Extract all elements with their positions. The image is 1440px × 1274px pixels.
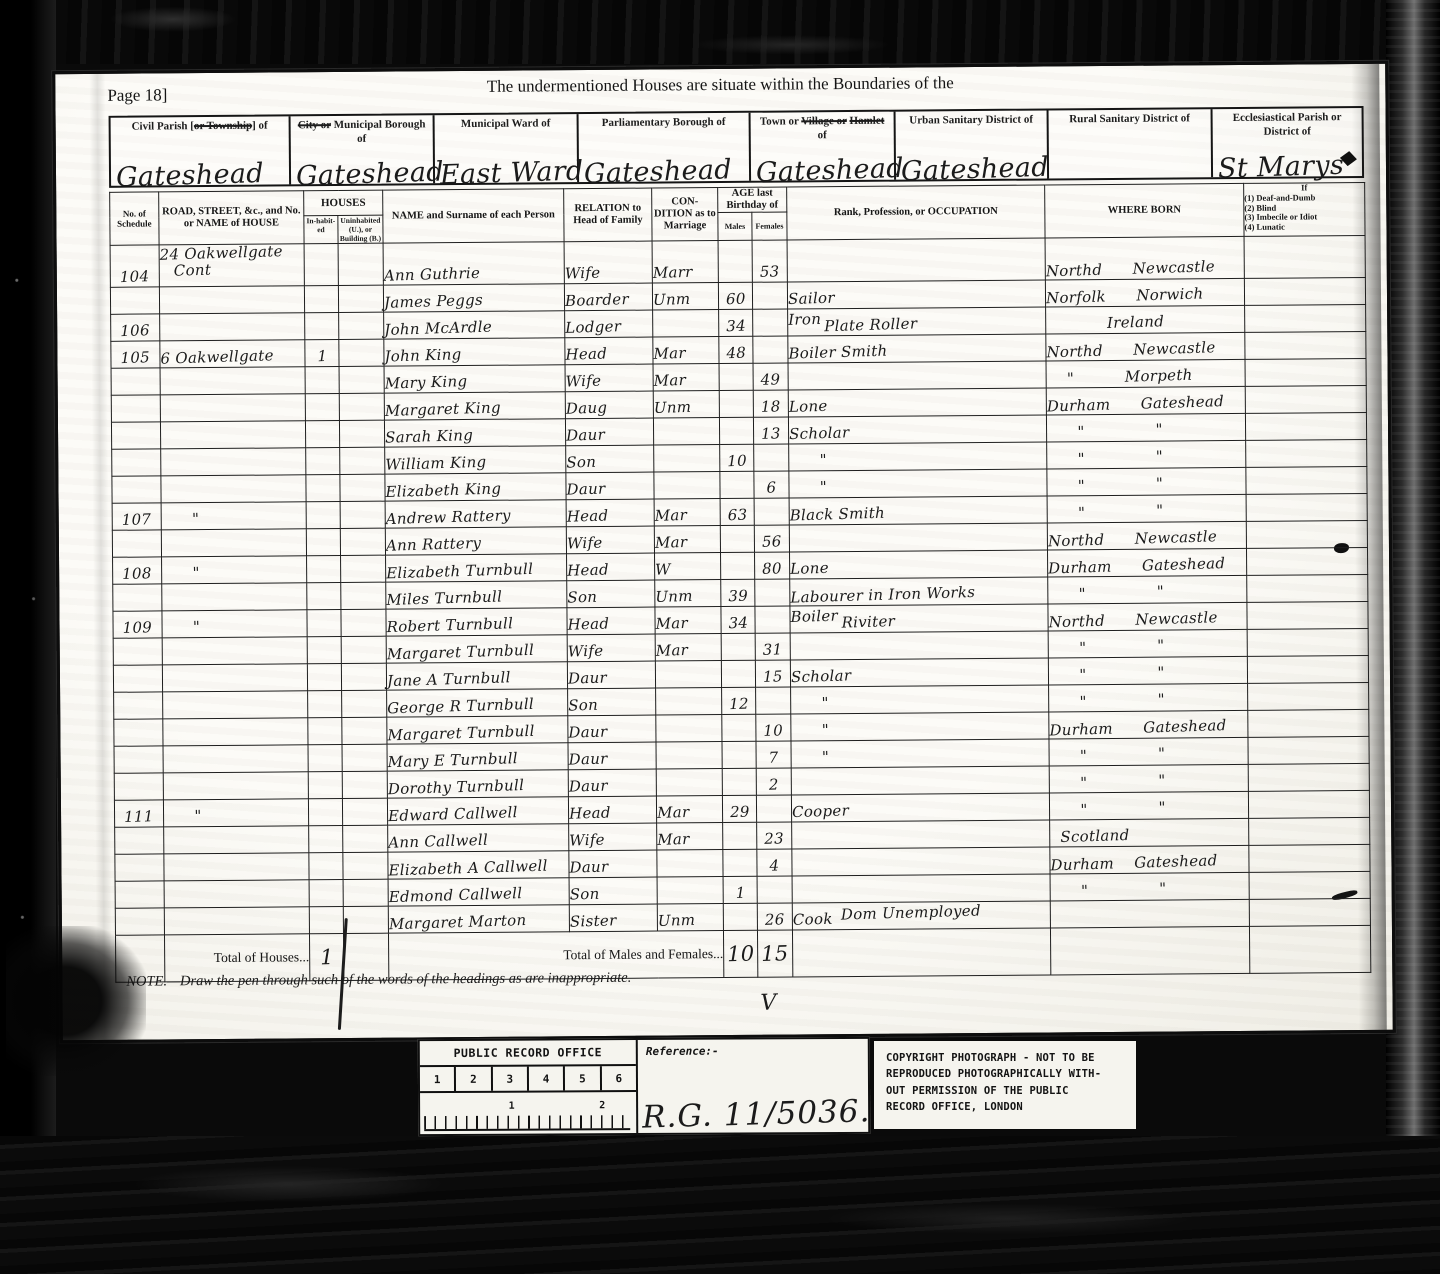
district-label-text: Urban Sanitary District of [909,114,1033,127]
cell-condition: Unm [652,283,718,311]
census-sheet: Page 18] The undermentioned Houses are s… [52,61,1396,1043]
handwritten-name: Elizabeth King [385,482,501,501]
cell-condition [656,742,722,770]
cell-condition [653,310,719,338]
handwritten-road: 6 Oakwellgate [160,349,274,367]
handwritten-name: Elizabeth A Callwell [388,859,548,879]
handwritten-relation: Lodger [565,320,621,337]
cell-f: 10 [756,714,791,741]
cell-road [164,907,309,935]
district-parliamentary-borough: Parliamentary Borough of Gateshead [579,113,752,182]
district-label: Ecclesiastical Parish or District of [1213,108,1362,140]
district-municipal-borough: City or Municipal Borough of Gateshead [291,115,436,184]
cell-road [164,826,309,854]
handwritten-f: 6 [766,481,776,496]
handwritten-occupation: " [791,696,829,712]
cell-born: Northd Newcastle [1045,237,1244,281]
ruler-inch-cell: 3 [493,1067,529,1091]
handwritten-f: 26 [765,913,785,929]
reference-stamp: Reference:- R.G. 11/5036. [638,1039,868,1133]
cell-born: " " [1047,495,1246,524]
cell-road [163,718,308,746]
cell-name: Sarah King [384,419,565,447]
handwritten-m: 34 [728,616,748,632]
copyright-line: REPRODUCED PHOTOGRAPHICALLY WITH- [886,1066,1130,1082]
cell-f [752,282,787,309]
cell-name: Dorothy Turnbull [387,770,568,798]
handwritten-name: John McArdle [384,320,492,338]
cell-f [754,498,789,525]
handwritten-f: 18 [761,400,781,416]
cell-uninh [339,394,384,421]
handwritten-schedule: 109 [123,621,153,637]
cell-relation: Daur [568,715,656,743]
cell-occupation: CookDom Unemployed [792,901,1050,930]
handwritten-relation: Daur [569,860,608,876]
cell-m [720,472,754,499]
scanned-census-page: { "page": { "page_label": "Page 18]", "h… [0,0,1440,1274]
cell-f: 6 [754,471,789,498]
cell-f: 13 [753,417,788,444]
district-label-text: Parliamentary Borough of [602,116,726,129]
cell-f: 4 [757,849,792,876]
district-civil-parish: Civil Parish [or Township] of Gateshead [111,116,292,185]
cell-road: 24 OakwellgateCont [159,244,304,287]
handwritten-condition: W [655,563,671,578]
cell-inh [307,556,341,583]
cell-relation: Lodger [565,311,653,339]
cell-born: " " [1048,576,1247,605]
handwritten-m: 10 [727,454,747,470]
cell-schedule [114,746,163,773]
handwritten-m: 48 [726,346,746,362]
handwritten-occupation: Cooper [792,804,849,821]
handwritten-condition: Mar [655,508,688,524]
column-header-schedule: No. of Schedule [110,192,159,246]
handwritten-name: George R Turnbull [387,697,534,716]
cell-occupation [788,361,1046,390]
column-header-houses: HOUSES [304,190,383,216]
handwritten-name: Margaret Marton [389,913,527,932]
cell-schedule [115,908,164,935]
cell-relation: Wife [566,526,654,554]
cell-name: Andrew Rattery [385,500,566,528]
cell-inf [1248,710,1369,738]
handwritten-f: 2 [769,778,779,793]
cell-condition: Unm [653,391,719,419]
handwritten-relation: Wife [567,536,603,552]
cell-inh [304,244,338,287]
cell-f [755,579,790,606]
cell-uninh [339,340,384,367]
ruler-cm-number: 1 [509,1101,515,1112]
cell-inh [308,799,342,826]
column-header-name: NAME and Surname of each Person [383,189,564,244]
handwritten-relation: Son [568,698,598,714]
cell-road [163,745,308,773]
cell-f [755,606,790,633]
handwritten-relation: Daur [566,482,605,498]
district-value-handwritten: Gateshead [116,158,265,193]
handwritten-occupation: Lone [789,399,828,415]
cell-occupation: Scholar [788,415,1046,444]
handwritten-name: Margaret King [385,401,501,420]
handwritten-f: 53 [760,265,780,281]
handwritten-condition: Unm [654,400,692,416]
cell-relation: Head [565,338,653,366]
column-header-infirmity: If (1) Deaf-and-Dumb (2) Blind (3) Imbec… [1244,182,1365,236]
district-value-handwritten: East Ward [440,155,584,190]
handwritten-f: 7 [768,751,778,766]
handwritten-relation: Head [569,806,611,822]
cell-blank [1050,927,1249,976]
handwritten-relation: Son [566,455,596,471]
cell-inf [1247,575,1368,603]
handwritten-f: 56 [762,535,782,551]
cell-f: 2 [756,768,791,795]
handwritten-relation: Daur [568,671,607,687]
cell-road [161,529,306,557]
handwritten-road: " [162,620,200,636]
cell-born: Ireland [1046,306,1245,335]
cell-f [756,795,791,822]
cell-m [723,850,757,877]
handwritten-born: Scotland [1050,828,1130,845]
handwritten-condition: Unm [653,292,691,308]
cell-uninh [342,772,387,799]
cell-born: " " [1048,630,1247,659]
district-label: Civil Parish [or Township] of [111,116,289,134]
cell-inf [1248,737,1369,765]
cell-road [162,637,307,665]
handwritten-f: 31 [763,643,783,659]
cell-born: " " [1049,765,1248,794]
cell-condition [657,877,723,905]
cell-relation: Son [568,688,656,716]
cell-condition: Mar [655,634,721,662]
cell-f: 7 [756,741,791,768]
cell-inf [1246,467,1367,495]
cell-born: " " [1050,873,1249,902]
cell-condition [653,418,719,446]
cell-name: Edward Callwell [387,797,568,825]
handwritten-born: Durham Gateshead [1048,557,1226,577]
cell-relation: Daur [568,769,656,797]
cell-inf [1248,683,1369,711]
district-value-handwritten: Gateshead [296,157,445,192]
cell-relation: Daur [565,419,653,447]
cell-condition: Mar [657,823,723,851]
cell-schedule [111,422,160,449]
cell-uninh [341,583,386,610]
cell-schedule [113,638,162,665]
handwritten-born: " " [1050,774,1166,793]
cell-m: 12 [722,688,756,715]
district-label-text: Town or [760,115,801,127]
handwritten-road: 24 Oakwellgate [159,244,283,263]
cell-uninh [340,448,385,475]
cell-name: Margaret Marton [388,905,569,933]
cell-uninh [340,529,385,556]
handwritten-relation: Son [567,590,597,606]
handwritten-born: " " [1049,666,1165,685]
cell-condition: Mar [656,796,722,824]
handwritten-name: John King [384,348,462,365]
cell-schedule: 111 [114,800,163,827]
handwritten-occupation: Lone [790,561,829,577]
cell-road: 6 Oakwellgate [160,340,305,368]
column-header-females: Females [752,212,787,240]
column-header-where-born: WHERE BORN [1045,183,1244,238]
ruler-cm-row: 1 2 [424,1102,630,1131]
handwritten-occupation: " [791,723,829,739]
district-rural-sanitary: Rural Sanitary District of [1049,109,1214,178]
cell-f [757,876,792,903]
cell-m: 63 [720,499,754,526]
cell-f: 80 [755,552,790,579]
cell-schedule [115,854,164,881]
cell-inh [304,286,338,313]
cell-f [753,336,788,363]
cell-inf [1245,359,1366,387]
cell-uninh [342,745,387,772]
census-table: No. of Schedule ROAD, STREET, &c., and N… [109,182,1371,983]
handwritten-schedule: 104 [120,270,150,286]
ruler-cm-number: 2 [599,1100,605,1111]
cell-relation: Daur [568,742,656,770]
cell-born: Northd Newcastle [1048,603,1247,632]
cell-inf [1247,629,1368,657]
cell-inh [305,313,339,340]
copyright-line: COPYRIGHT PHOTOGRAPH - NOT TO BE [886,1050,1130,1066]
handwritten-relation: Head [567,563,609,579]
handwritten-occupation: " [789,453,827,469]
cell-condition: Unm [655,580,721,608]
cell-road [160,421,305,449]
handwritten-condition: Mar [657,805,690,821]
handwritten-born: Ireland [1046,315,1164,334]
district-label: Town or Village or Hamlet of [751,112,894,144]
cell-occupation [792,847,1050,876]
cell-born: Durham Gateshead [1050,846,1249,875]
cell-born: Northd Newcastle [1047,522,1246,551]
cell-m: 29 [722,796,756,823]
cell-schedule [114,773,163,800]
cell-road: " [162,556,307,584]
handwritten-m: 29 [729,805,749,821]
cell-road [161,475,306,503]
scan-noise-top [0,0,1440,64]
cell-road [160,313,305,341]
handwritten-name: Andrew Rattery [386,509,512,528]
district-value-handwritten: St Marys [1218,150,1345,185]
handwritten-name: William King [385,455,487,473]
cell-schedule [112,530,161,557]
handwritten-name: Ann Rattery [386,536,482,554]
handwritten-condition: Mar [657,832,690,848]
cell-m: 1 [723,877,757,904]
cell-condition [655,661,721,689]
handwritten-m: 60 [725,292,745,308]
handwritten-born: " " [1049,693,1165,712]
handwritten-m: 34 [726,319,746,335]
census-table-body: 10424 OakwellgateContAnn GuthrieWifeMarr… [110,236,1370,936]
cell-name: James Peggs [383,284,564,312]
handwritten-occupation: " [789,480,827,496]
cell-condition: Mar [653,364,719,392]
cell-road: " [162,610,307,638]
cell-f: 53 [752,240,787,283]
district-ecclesiastical: Ecclesiastical Parish or District of St … [1213,108,1363,177]
cell-inf [1244,278,1365,306]
handwritten-schedule: 105 [120,351,150,367]
cell-name: William King [385,446,566,474]
cell-condition: Unm [657,904,723,932]
district-label-struck-text: Village or [801,115,847,127]
cell-born: " " [1049,684,1248,713]
cell-occupation [789,523,1047,552]
cell-inf [1249,845,1370,873]
cell-name: John McArdle [384,311,565,339]
cell-schedule [115,827,164,854]
cell-inh [308,772,342,799]
handwritten-name: Edmond Callwell [389,887,523,906]
cell-road [163,691,308,719]
cell-inh [305,367,339,394]
cell-relation: Son [569,877,657,905]
handwritten-f: 15 [763,670,783,686]
handwritten-name: Margaret Turnbull [387,643,535,662]
cell-name: John King [384,338,565,366]
cell-road: " [163,799,308,827]
cell-born: Durham Gateshead [1048,549,1247,578]
handwritten-born: Durham Gateshead [1047,395,1225,415]
cell-f [754,444,789,471]
total-males-cell: 10 [723,931,757,978]
cell-schedule [114,719,163,746]
cell-occupation: Sailor [787,280,1045,309]
cell-inf [1245,332,1366,360]
cell-m [719,364,753,391]
cell-occupation: BoilerRiviter [790,604,1048,633]
cell-inf [1248,764,1369,792]
cell-condition [656,769,722,797]
handwritten-name: Dorothy Turnbull [388,778,525,797]
cell-inf [1246,440,1367,468]
cell-uninh [340,502,385,529]
cell-inf [1247,656,1368,684]
cell-name: Mary E Turnbull [387,743,568,771]
handwritten-relation: Head [567,617,609,633]
copyright-stamp: COPYRIGHT PHOTOGRAPH - NOT TO BE REPRODU… [874,1041,1136,1129]
handwritten-born: Northd Newcastle [1048,611,1218,631]
cell-inh [308,718,342,745]
handwritten-relation: Sister [570,914,617,930]
column-header-relation: RELATION to Head of Family [564,188,652,242]
handwritten-road: " [164,809,202,825]
cell-name: Jane A Turnbull [386,662,567,690]
district-label: Rural Sanitary District of [1049,109,1211,127]
handwritten-road: " [162,566,200,582]
cell-m [721,634,755,661]
cell-inh [307,583,341,610]
cell-name: Margaret Turnbull [387,716,568,744]
handwritten-occupation: Black Smith [790,506,886,524]
cell-relation: Daug [565,392,653,420]
handwritten-occupation: Plate Roller [824,317,917,335]
cell-schedule [110,287,159,314]
district-municipal-ward: Municipal Ward of East Ward [435,114,580,183]
cell-inh [309,880,343,907]
cell-road [160,394,305,422]
district-value-handwritten: Gateshead [756,153,905,188]
district-value-handwritten: Gateshead [901,152,1050,187]
cell-inh [306,502,340,529]
handwritten-name: Ann Guthrie [384,266,481,284]
cell-m [722,769,756,796]
cell-born: Northd Newcastle [1046,333,1245,362]
cell-occupation: " [791,739,1049,768]
cell-schedule: 108 [113,557,162,584]
cell-uninh [342,799,387,826]
cell-schedule [112,449,161,476]
cell-road [162,583,307,611]
handwritten-born: Northd Newcastle [1046,341,1216,361]
cell-condition [654,445,720,473]
cell-uninh [338,286,383,313]
handwritten-born: " " [1051,882,1167,901]
infirmity-line: (4) Lunatic [1244,222,1364,233]
cell-born: Durham Gateshead [1046,387,1245,416]
cell-m [719,418,753,445]
cell-relation: Wife [569,823,657,851]
cell-inf [1247,602,1368,630]
handwritten-name: Jane A Turnbull [387,671,511,690]
cell-f: 49 [753,363,788,390]
cell-name: Margaret King [384,392,565,420]
cell-schedule [115,881,164,908]
handwritten-born: " " [1050,801,1166,820]
cell-name: Elizabeth A Callwell [388,851,569,879]
cell-condition: Mar [654,499,720,527]
public-record-office-stamp: PUBLIC RECORD OFFICE 123456 1 2 [420,1040,638,1134]
handwritten-occupation: " [791,750,829,766]
cell-f: 15 [755,660,790,687]
handwritten-born: Durham Gateshead [1049,719,1227,739]
handwritten-m: 39 [728,589,748,605]
cell-occupation: Lone [788,388,1046,417]
cell-schedule [114,692,163,719]
cell-relation: Head [567,553,655,581]
handwritten-name: Elizabeth Turnbull [386,562,533,581]
cell-relation: Boarder [564,284,652,312]
cell-uninh [338,243,383,286]
cell-relation: Son [566,446,654,474]
cell-occupation: Scholar [790,658,1048,687]
cell-f: 31 [755,633,790,660]
ruler-inch-cell: 2 [456,1067,492,1091]
handwritten-inh: 1 [317,349,327,364]
district-label-text: Rural Sanitary District of [1069,112,1190,125]
cell-occupation [787,238,1045,282]
cell-occupation: Cooper [791,793,1049,822]
cell-uninh [340,475,385,502]
handwritten-relation: Daur [566,428,605,444]
cell-name: Edmond Callwell [388,878,569,906]
handwritten-relation: Wife [565,374,601,390]
cell-occupation: " [791,685,1049,714]
cell-uninh [341,610,386,637]
